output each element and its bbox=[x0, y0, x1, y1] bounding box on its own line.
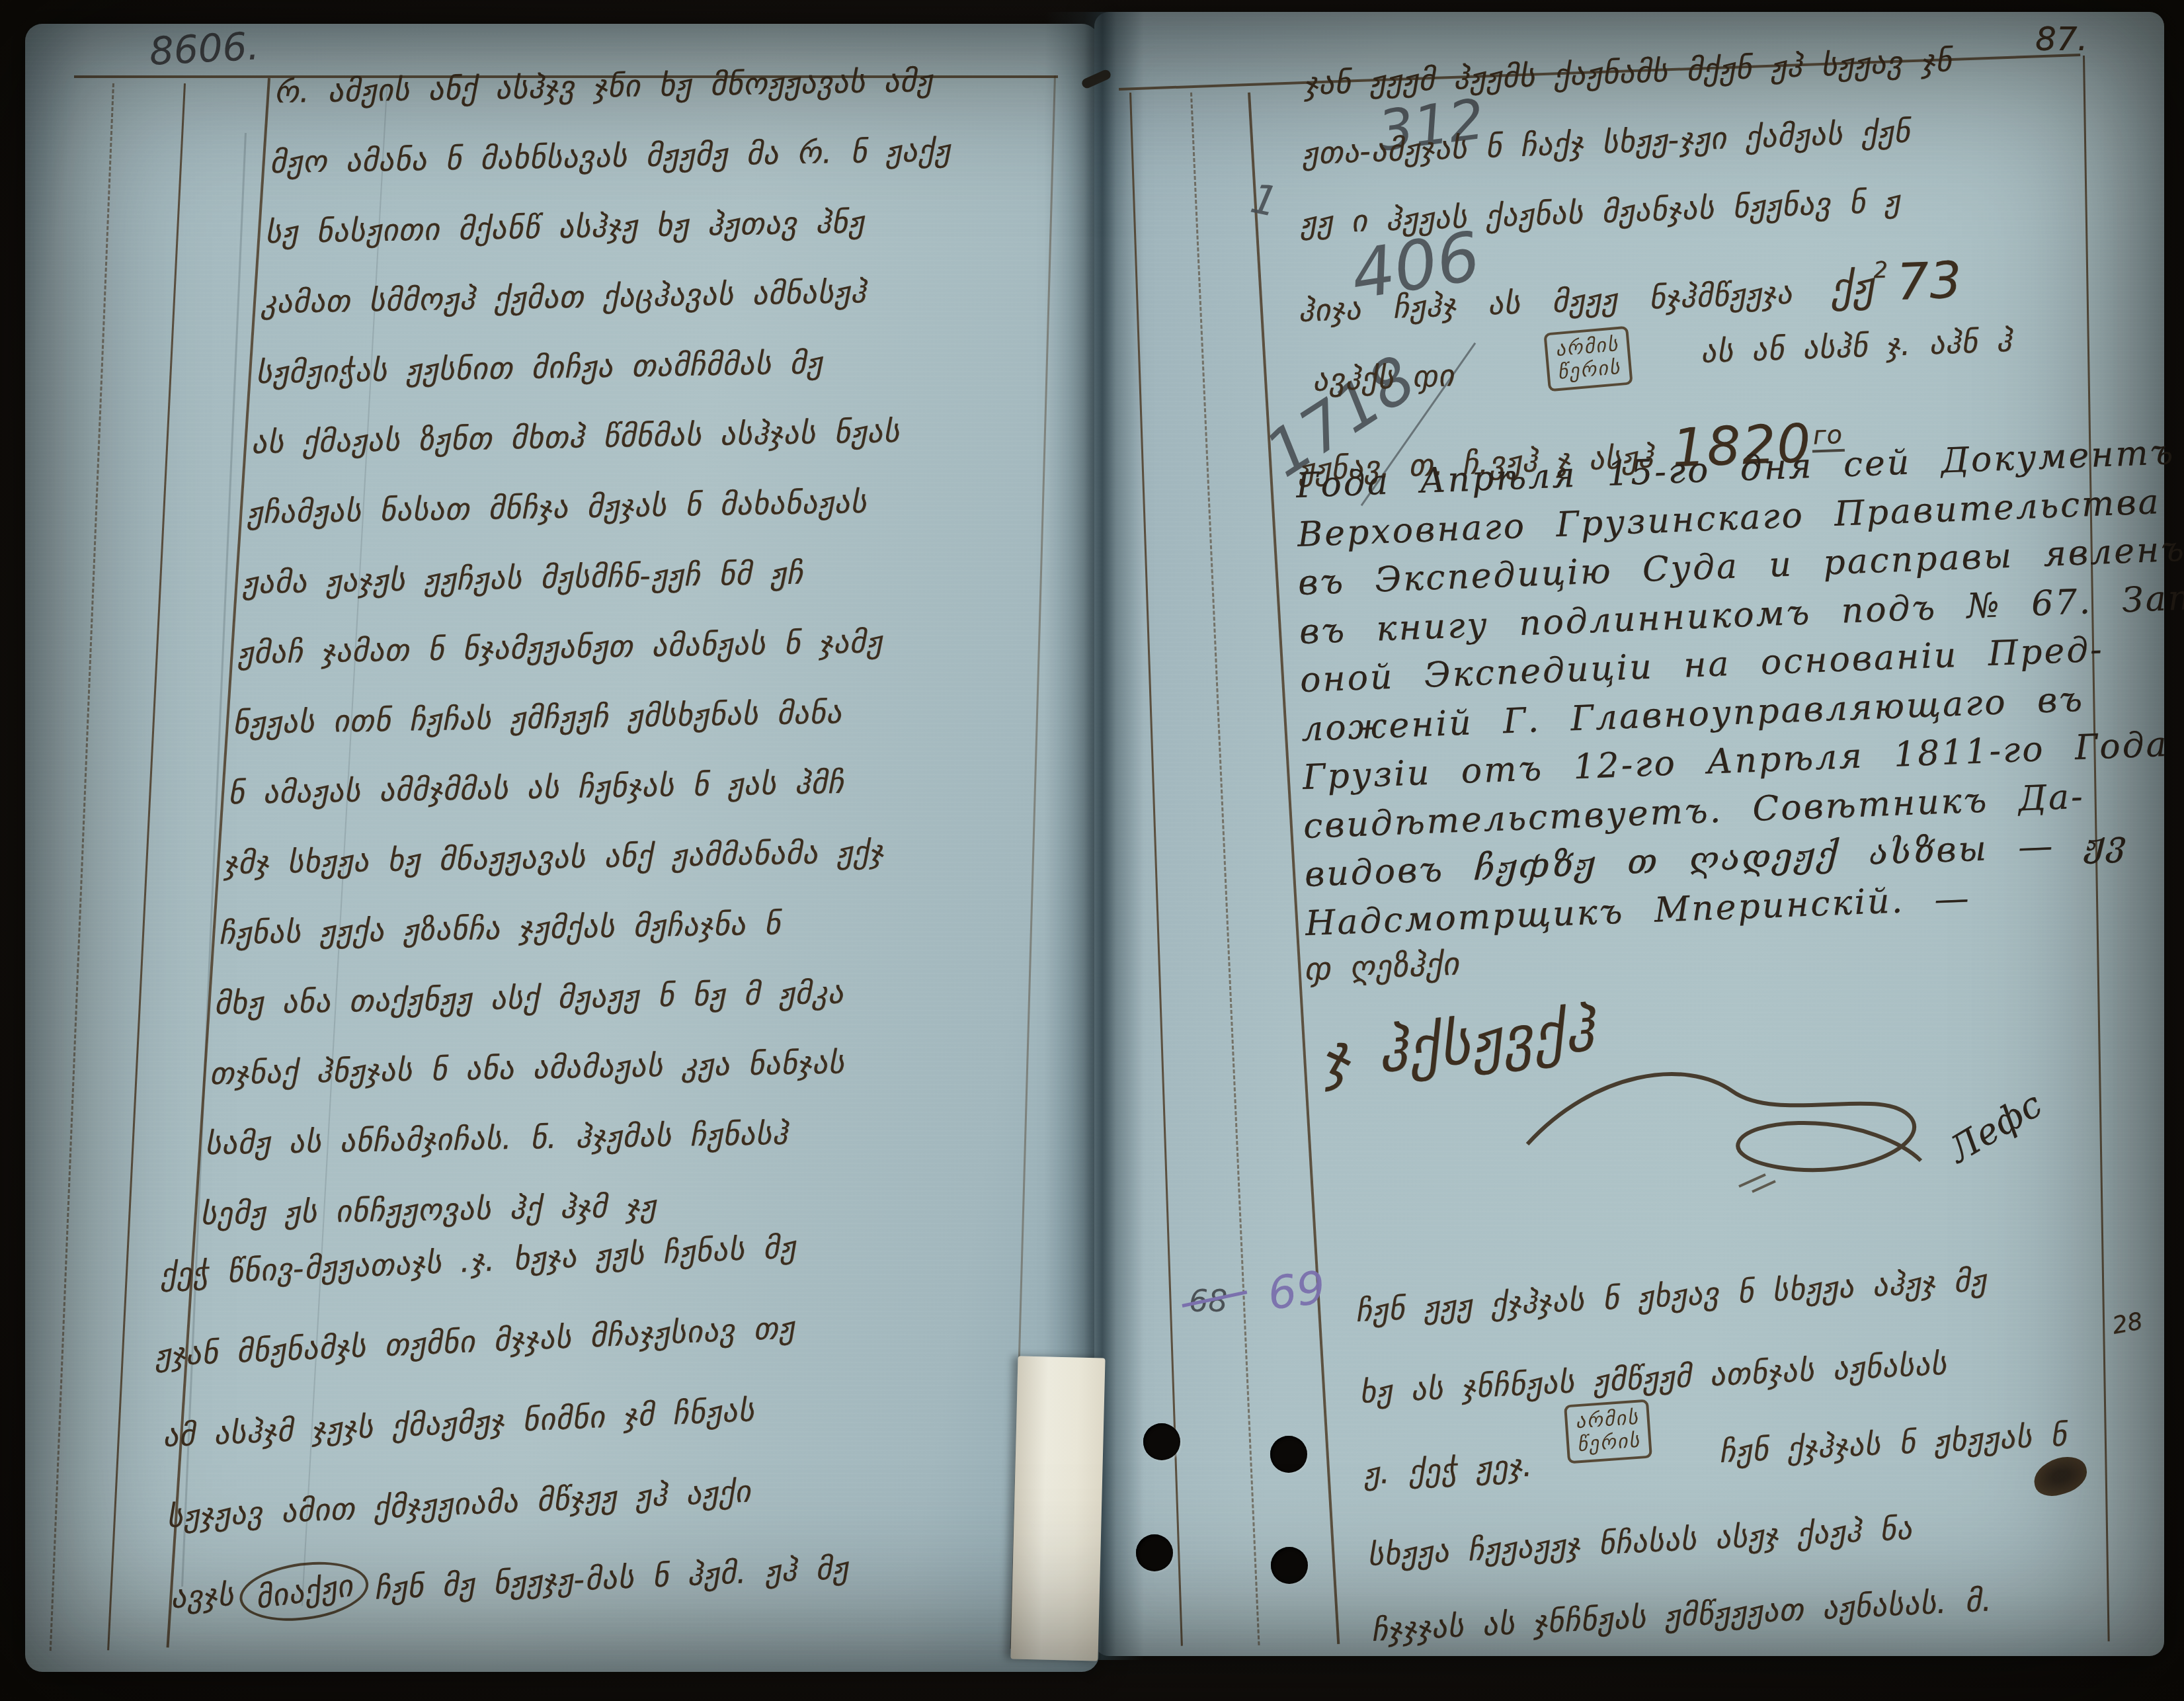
docket-number: 73 bbox=[1896, 250, 1963, 311]
punch-hole bbox=[1271, 1547, 1308, 1584]
line-pre: ავჯს bbox=[170, 1577, 235, 1615]
line-post: ჩჟნ მჟ ნჟჟჯჟ-მას ნ ჰჟმ. ჟჰ მჟ bbox=[374, 1550, 849, 1606]
punch-hole bbox=[1143, 1423, 1180, 1460]
folio-number: 87. bbox=[2035, 20, 2088, 58]
entry-number-69: 69 bbox=[1265, 1262, 1328, 1321]
signature-flourish bbox=[1514, 1045, 1937, 1197]
closing-word: ჶ ღეზჰქი bbox=[1303, 945, 1460, 988]
circled-word: მიაქჟი bbox=[236, 1555, 372, 1628]
stamp-text-line2: წერის bbox=[1576, 1429, 1641, 1456]
punch-hole bbox=[1136, 1534, 1173, 1571]
manuscript-photo: 8606. 87. 312 406 1718 1 რ. ამჟის ანქ ას… bbox=[0, 0, 2184, 1701]
repair-paper-strip bbox=[1010, 1356, 1105, 1661]
docket-code: ქჟ bbox=[1830, 262, 1875, 311]
registry-stamp-cartouche: არმის წერის bbox=[1564, 1399, 1652, 1464]
punch-hole bbox=[1270, 1436, 1307, 1473]
docket-superscript: 2 bbox=[1873, 257, 1889, 284]
stamp-line-pre: ავჰქს ჶი bbox=[1312, 357, 1455, 398]
stamp-text-line2: წერის bbox=[1557, 356, 1622, 384]
registry-stamp-cartouche: არმის წერის bbox=[1543, 326, 1633, 392]
archive-file-number: 8606. bbox=[148, 23, 260, 74]
margin-number: 28 bbox=[2110, 1307, 2144, 1339]
